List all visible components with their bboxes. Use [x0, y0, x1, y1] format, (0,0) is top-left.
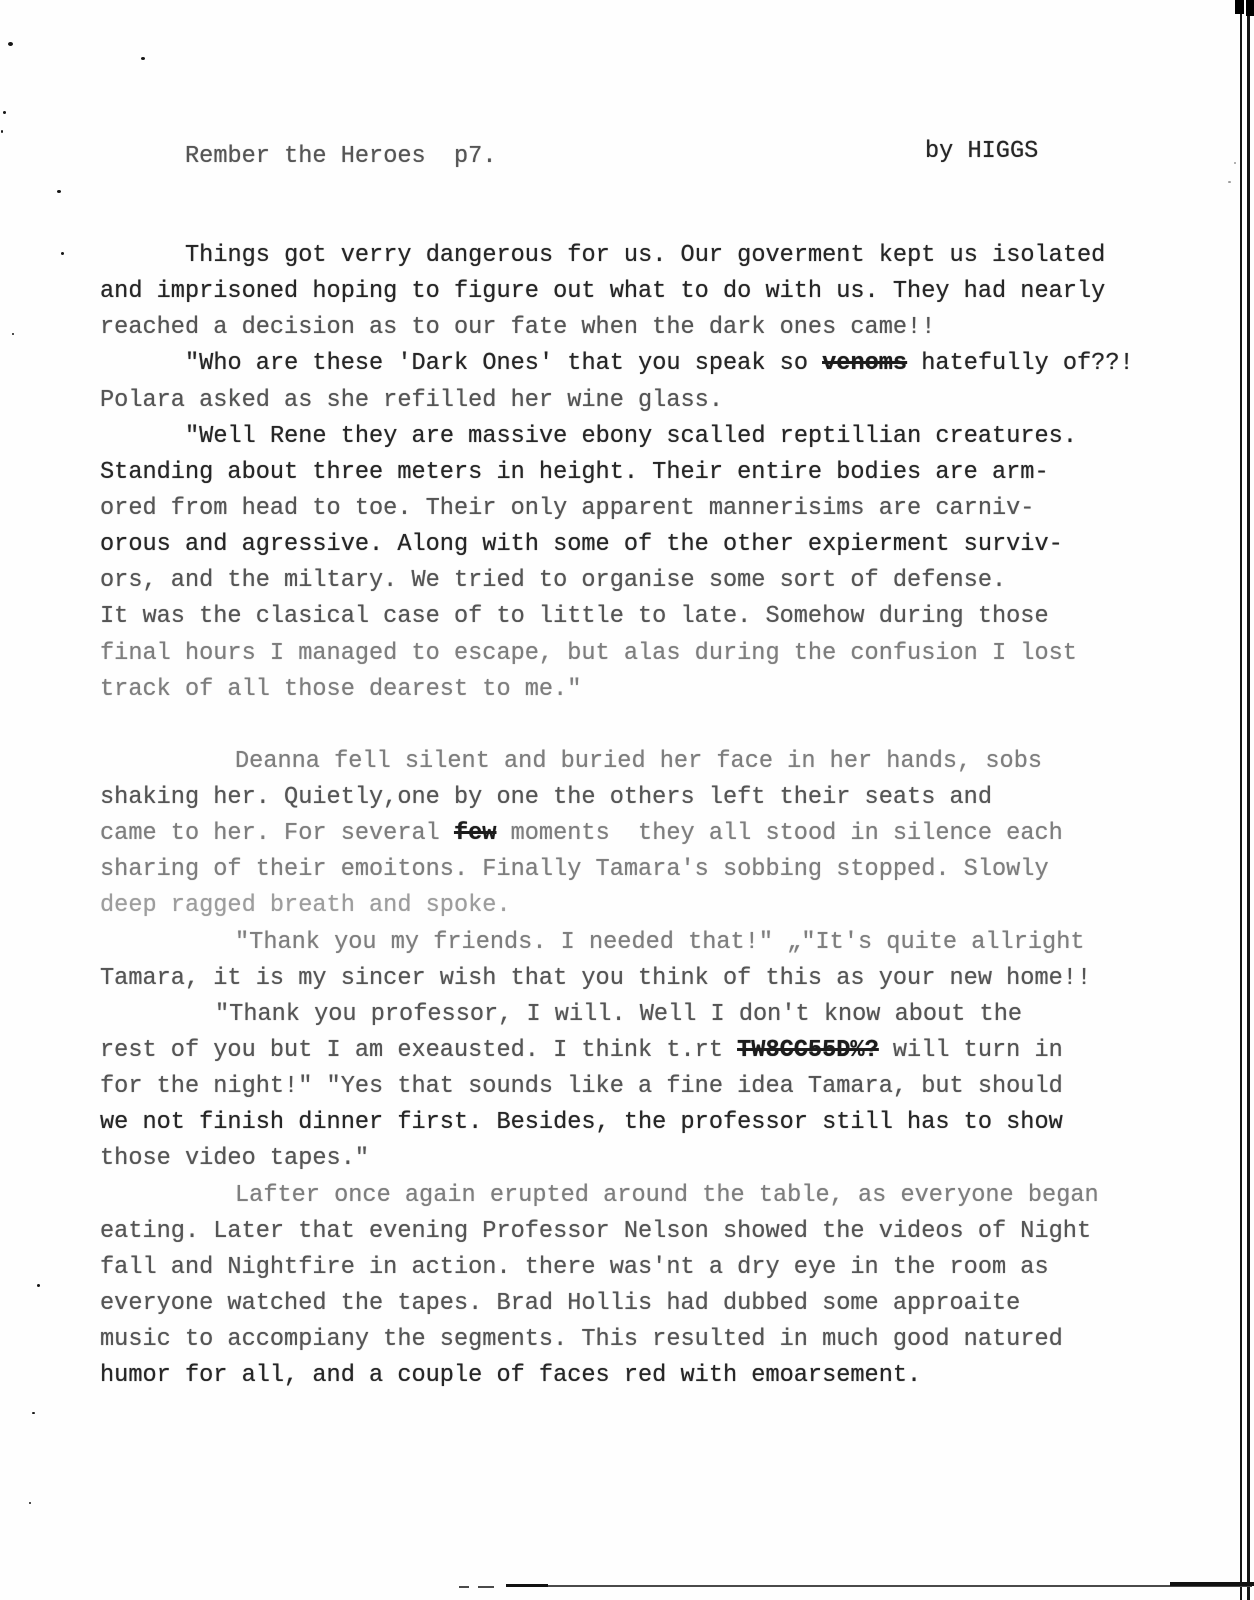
- paragraph: Deanna fell silent and buried her face i…: [100, 744, 1200, 925]
- text-line: sharing of their emoitons. Finally Tamar…: [100, 852, 1200, 888]
- text-segment: moments they all stood in silence each: [496, 820, 1062, 847]
- text-line: deep ragged breath and spoke.: [100, 888, 1200, 924]
- scan-speck: [57, 190, 61, 193]
- text-line: track of all those dearest to me.": [100, 672, 1200, 708]
- text-line: final hours I managed to escape, but ala…: [100, 636, 1200, 672]
- struck-text: few: [454, 820, 496, 847]
- text-line: orous and agressive. Along with some of …: [100, 527, 1200, 563]
- struck-text: venoms: [822, 350, 907, 377]
- scan-speck: [1234, 162, 1236, 164]
- scan-speck: [29, 1502, 31, 1504]
- text-line: humor for all, and a couple of faces red…: [100, 1358, 1200, 1394]
- text-line: Deanna fell silent and buried her face i…: [100, 744, 1200, 780]
- text-line: Tamara, it is my sincer wish that you th…: [100, 961, 1200, 997]
- text-segment: will turn in: [879, 1037, 1063, 1064]
- scan-edge-blob: [1246, 0, 1254, 16]
- text-line: came to her. For several few moments the…: [100, 816, 1200, 852]
- text-line: ors, and the miltary. We tried to organi…: [100, 563, 1200, 599]
- text-line: ored from head to toe. Their only appare…: [100, 491, 1200, 527]
- text-line: everyone watched the tapes. Brad Hollis …: [100, 1286, 1200, 1322]
- scan-bottom-line-segment: [506, 1584, 548, 1587]
- text-line: for the night!" "Yes that sounds like a …: [100, 1069, 1200, 1105]
- text-line: Polara asked as she refilled her wine gl…: [100, 383, 1200, 419]
- scan-speck: [3, 111, 6, 114]
- text-line: eating. Later that evening Professor Nel…: [100, 1214, 1200, 1250]
- text-segment: rest of you but I am exeausted. I think …: [100, 1037, 737, 1064]
- scan-speck: [61, 252, 64, 255]
- scan-edge-vertical-line: [1240, 0, 1242, 1600]
- text-line: "Thank you professor, I will. Well I don…: [100, 997, 1200, 1033]
- scan-edge-blob: [1235, 0, 1244, 14]
- text-line: those video tapes.": [100, 1141, 1200, 1177]
- text-line: music to accompiany the segments. This r…: [100, 1322, 1200, 1358]
- scan-bottom-dash: [478, 1586, 494, 1588]
- text-line: Things got verry dangerous for us. Our g…: [100, 238, 1200, 274]
- scan-speck: [141, 57, 145, 60]
- text-segment: "Who are these 'Dark Ones' that you spea…: [185, 350, 822, 377]
- text-line: It was the clasical case of to little to…: [100, 599, 1200, 635]
- struck-text: TW8CC55D%?: [737, 1037, 879, 1064]
- scan-speck: [32, 1412, 35, 1414]
- paragraph: "Thank you professor, I will. Well I don…: [100, 997, 1200, 1178]
- scan-speck: [1228, 181, 1231, 183]
- paragraph: Things got verry dangerous for us. Our g…: [100, 238, 1200, 346]
- paragraph: "Well Rene they are massive ebony scalle…: [100, 419, 1200, 708]
- doc-title: Rember the Heroes p7.: [185, 143, 497, 170]
- scan-speck: [1, 130, 3, 133]
- text-line: reached a decision as to our fate when t…: [100, 310, 1200, 346]
- text-line: Lafter once again erupted around the tab…: [100, 1178, 1200, 1214]
- paragraph: Lafter once again erupted around the tab…: [100, 1178, 1200, 1395]
- text-line: Standing about three meters in height. T…: [100, 455, 1200, 491]
- text-line: we not finish dinner first. Besides, the…: [100, 1105, 1200, 1141]
- scan-speck: [37, 1284, 40, 1287]
- text-line: "Who are these 'Dark Ones' that you spea…: [100, 346, 1200, 382]
- scan-speck: [8, 42, 13, 46]
- scan-bottom-dash: [459, 1586, 469, 1588]
- scan-edge-vertical-line: [1247, 0, 1250, 1600]
- text-line: rest of you but I am exeausted. I think …: [100, 1033, 1200, 1069]
- text-segment: came to her. For several: [100, 820, 454, 847]
- scan-bottom-line: [506, 1585, 1252, 1587]
- scan-speck: [12, 333, 14, 335]
- scan-bottom-line-segment: [1170, 1582, 1254, 1586]
- paragraph: "Who are these 'Dark Ones' that you spea…: [100, 346, 1200, 418]
- text-line: shaking her. Quietly,one by one the othe…: [100, 780, 1200, 816]
- doc-body: Things got verry dangerous for us. Our g…: [100, 238, 1200, 1394]
- text-segment: hatefully of??!: [907, 350, 1134, 377]
- text-line: "Thank you my friends. I needed that!" „…: [100, 925, 1200, 961]
- doc-byline: by HIGGS: [925, 138, 1038, 165]
- document-page: Rember the Heroes p7. by HIGGS Things go…: [0, 0, 1254, 1600]
- text-line: and imprisoned hoping to figure out what…: [100, 274, 1200, 310]
- text-line: fall and Nightfire in action. there was'…: [100, 1250, 1200, 1286]
- paragraph: "Thank you my friends. I needed that!" „…: [100, 925, 1200, 997]
- text-line: "Well Rene they are massive ebony scalle…: [100, 419, 1200, 455]
